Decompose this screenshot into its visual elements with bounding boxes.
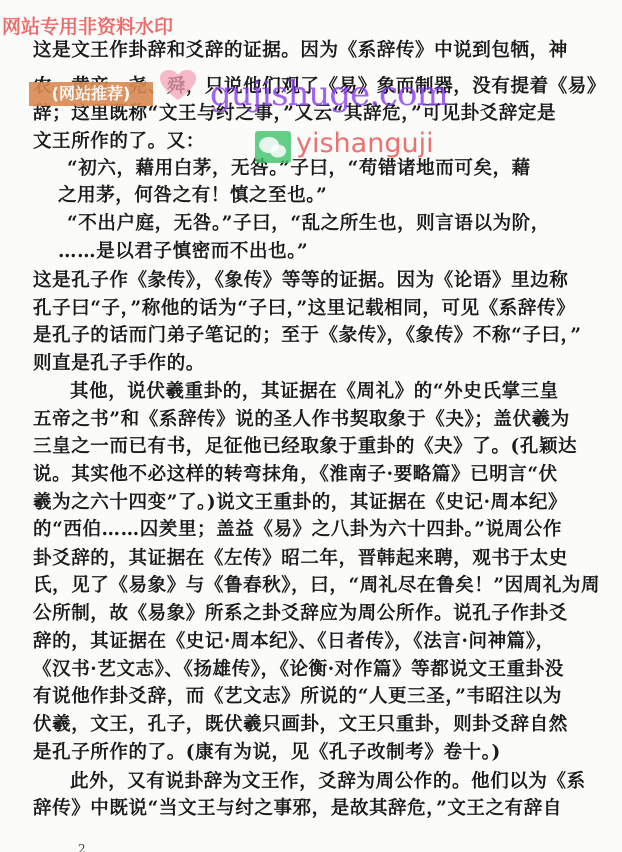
watermark-badge: (网站推荐) bbox=[29, 82, 153, 106]
watermark-wechat-id: yishanguji bbox=[296, 128, 434, 159]
quote-line: ……是以君子慎密而不出也。” bbox=[58, 243, 308, 262]
text-line: 辞的，其证据在《史记·周本纪》、《日者传》，《法言·问神篇》， bbox=[33, 633, 555, 652]
page-number: 2 bbox=[78, 842, 86, 852]
scanned-page: 网站专用非资料水印 这是文王作卦辞和爻辞的证据。因为《系辞传》中说到包牺，神 农… bbox=[0, 0, 622, 852]
text-line: 说。其实他不必这样的转弯抹角，《淮南子·要略篇》已明言“伏 bbox=[33, 466, 558, 485]
text-line: 五帝之书”和《系辞传》说的圣人作书契取象于《夬》；盖伏羲为 bbox=[33, 411, 570, 430]
text-line: 公所制，故《易象》所系之卦爻辞应为周公所作。说孔子作卦爻 bbox=[33, 605, 568, 624]
text-line: 是孔子所作的了。(康有为说，见《孔子改制考》卷十。) bbox=[33, 744, 501, 763]
text-line: 是孔子的话而门弟子笔记的；至于《彖传》，《象传》不称“子曰，” bbox=[33, 327, 582, 346]
text-line: 孔子曰“子，”称他的话为“子曰，”这里记载相同，可见《系辞传》 bbox=[33, 300, 575, 319]
text-line: 《汉书·艺文志》、《扬雄传》，《论衡·对作篇》等都说文王重卦没 bbox=[33, 661, 564, 680]
text-line: 氏，见了《易象》与《鲁春秋》，曰，“周礼尽在鲁矣！”因周礼为周 bbox=[33, 577, 600, 596]
text-line: 的“西伯……囚羑里；盖益《易》之八卦为六十四卦。”说周公作 bbox=[33, 521, 562, 540]
text-line: 有说他作卦爻辞，而《艺文志》所说的“人更三圣，”韦昭注以为 bbox=[33, 688, 562, 707]
heart-icon bbox=[160, 70, 196, 102]
text-line: 则直是孔子手作的。 bbox=[33, 355, 205, 374]
text-line: 辞传》中既说“当文王与纣之事邪，是故其辞危，”文王之有辞自 bbox=[33, 800, 562, 819]
text-line: 文王所作的了。又： bbox=[33, 133, 205, 152]
text-line: 羲为之六十四变”了。)说文王重卦的，其证据在《史记·周本纪》 bbox=[33, 494, 567, 513]
watermark-banner: 网站专用非资料水印 bbox=[2, 12, 173, 39]
text-line: 这是文王作卦辞和爻辞的证据。因为《系辞传》中说到包牺，神 bbox=[33, 42, 568, 61]
text-line: 卦爻辞的，其证据在《左传》昭二年，晋韩起来聘，观书于太史 bbox=[33, 550, 568, 569]
quote-line: “不出户庭，无咎。”子曰，“乱之所生也，则言语以为阶， bbox=[67, 215, 550, 234]
text-line: 三皇之一而已有书，足征他已经取象于重卦的《夬》了。(孔颖达 bbox=[33, 438, 577, 457]
quote-line: “初六，藉用白茅，无咎。”子曰，“苟错诸地而可矣，藉 bbox=[67, 160, 531, 179]
quote-line: 之用茅，何咎之有！慎之至也。” bbox=[58, 187, 327, 206]
text-line: 伏羲，文王，孔子，既伏羲只画卦，文王只重卦，则卦爻辞自然 bbox=[33, 716, 568, 735]
text-line: 这是孔子作《彖传》，《象传》等等的证据。因为《论语》里边称 bbox=[33, 272, 568, 291]
wechat-icon bbox=[255, 131, 291, 163]
paragraph-start: 其他，说伏羲重卦的，其证据在《周礼》的“外史氏掌三皇 bbox=[70, 383, 559, 402]
watermark-site: gujishuge.com bbox=[210, 74, 448, 114]
paragraph-start: 此外，又有说卦辞为文王作，爻辞为周公作的。他们以为《系 bbox=[70, 773, 586, 792]
